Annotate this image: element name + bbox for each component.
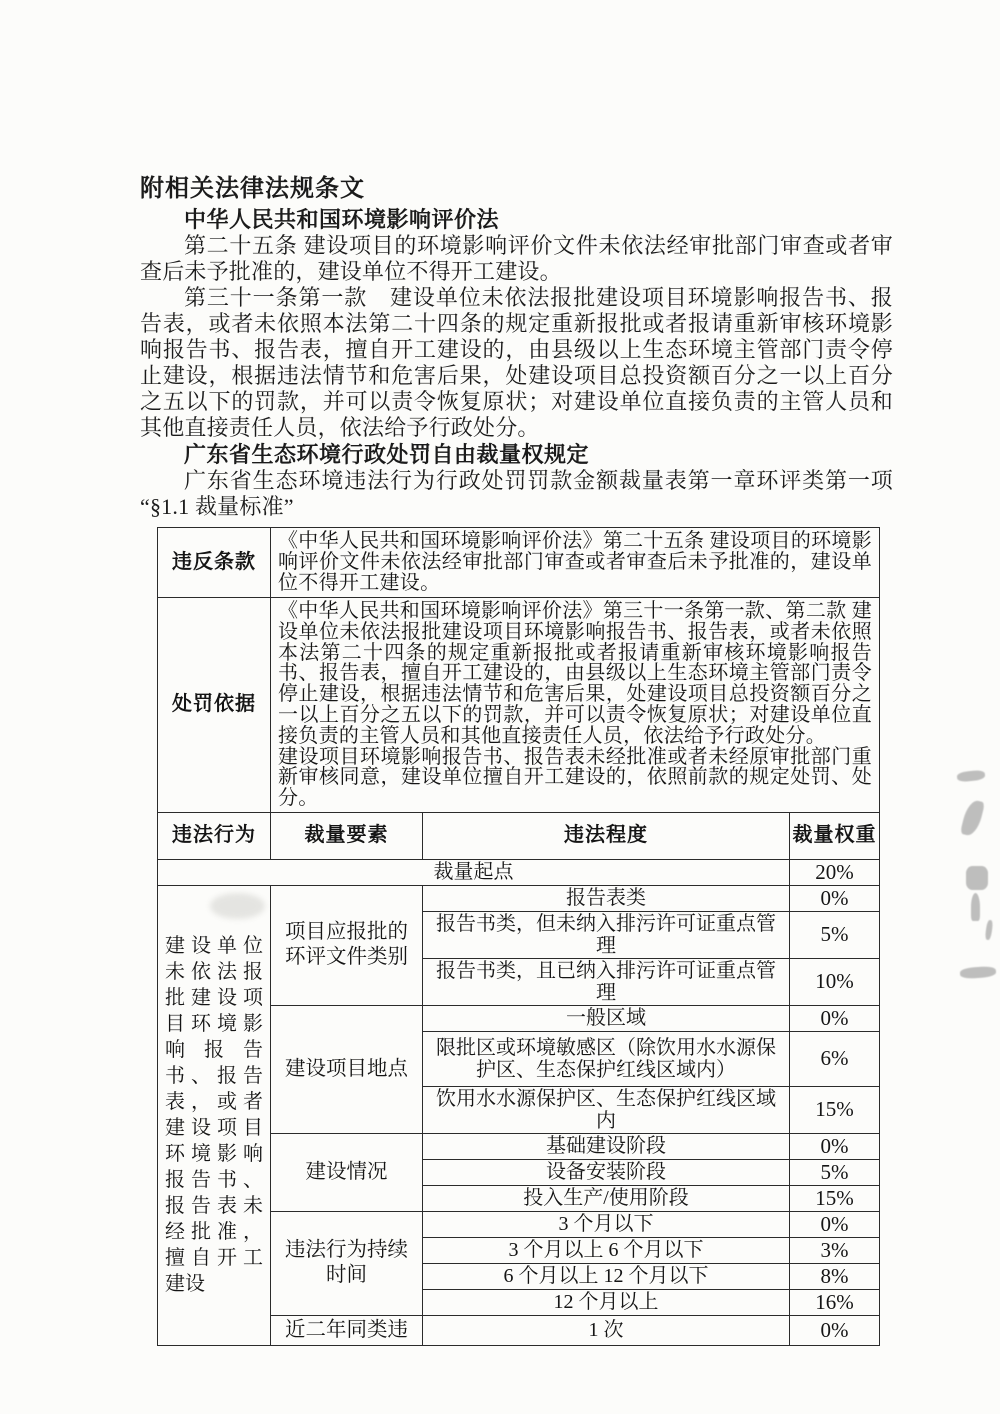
weight-header: 裁量权重 (790, 812, 880, 859)
discretion-standard-table: 违反条款 《中华人民共和国环境影响评价法》第二十五条 建设项目的环境影响评价文件… (157, 527, 880, 1346)
weight-cell: 0% (790, 1315, 880, 1345)
penalty-basis-text: 《中华人民共和国环境影响评价法》第三十一条第一款、第二款 建设单位未依法报批建设… (271, 598, 880, 813)
scan-artifact (971, 893, 980, 921)
start-point-degree: 裁量起点 (158, 859, 790, 885)
factor-duration: 违法行为持续时间 (271, 1211, 423, 1315)
degree-cell: 报告书类，且已纳入排污许可证重点管理 (423, 958, 790, 1005)
discretion-factor-header: 裁量要素 (271, 812, 423, 859)
scan-artifact (960, 798, 985, 837)
law-article-25: 第二十五条 建设项目的环境影响评价文件未依法经审批部门审查或者审查后未予批准的，… (140, 233, 893, 285)
scan-smudge (210, 893, 265, 919)
factor-construction-status: 建设情况 (271, 1133, 423, 1211)
illegal-act-text: 建设单位未依法报批建设项目环境影响报告书、报告表，或者建设项目环境影响报告书、报… (158, 885, 271, 1345)
degree-cell: 6 个月以上 12 个月以下 (423, 1263, 790, 1289)
degree-cell: 1 次 (423, 1315, 790, 1345)
weight-cell: 5% (790, 1159, 880, 1185)
document-body: 附相关法律法规条文 中华人民共和国环境影响评价法 第二十五条 建设项目的环境影响… (140, 168, 893, 1346)
factor-eia-document-type: 项目应报批的环评文件类别 (271, 885, 423, 1005)
regulation-intro: 广东省生态环境违法行为行政处罚罚款金额裁量表第一章环评类第一项“§1.1 裁量标… (140, 468, 893, 520)
weight-cell: 10% (790, 958, 880, 1005)
weight-cell: 15% (790, 1086, 880, 1133)
factor-repeat-offense: 近二年同类违 (271, 1315, 423, 1345)
law-article-31: 第三十一条第一款 建设单位未依法报批建设项目环境影响报告书、报告表，或者未依照本… (140, 285, 893, 441)
degree-cell: 一般区域 (423, 1005, 790, 1031)
weight-cell: 0% (790, 885, 880, 911)
weight-cell: 8% (790, 1263, 880, 1289)
violation-clause-text: 《中华人民共和国环境影响评价法》第二十五条 建设项目的环境影响评价文件未依法经审… (271, 528, 880, 598)
violation-clause-label: 违反条款 (158, 528, 271, 598)
degree-cell: 3 个月以上 6 个月以下 (423, 1237, 790, 1263)
degree-cell: 设备安装阶段 (423, 1159, 790, 1185)
scan-artifact (957, 770, 986, 783)
document-title: 附相关法律法规条文 (140, 168, 893, 203)
penalty-basis-label: 处罚依据 (158, 598, 271, 813)
degree-cell: 投入生产/使用阶段 (423, 1185, 790, 1211)
degree-cell: 限批区或环境敏感区（除饮用水水源保护区、生态保护红线区域内） (423, 1031, 790, 1086)
law-title: 中华人民共和国环境影响评价法 (140, 206, 893, 233)
factor-project-location: 建设项目地点 (271, 1005, 423, 1133)
weight-cell: 3% (790, 1237, 880, 1263)
weight-cell: 0% (790, 1133, 880, 1159)
weight-cell: 0% (790, 1211, 880, 1237)
degree-cell: 饮用水水源保护区、生态保护红线区域内 (423, 1086, 790, 1133)
table-row: 建设单位未依法报批建设项目环境影响报告书、报告表，或者建设项目环境影响报告书、报… (158, 885, 880, 911)
scan-artifact (985, 920, 994, 941)
scan-artifact (960, 966, 997, 979)
row-column-headers: 违法行为 裁量要素 违法程度 裁量权重 (158, 812, 880, 859)
weight-cell: 0% (790, 1005, 880, 1031)
scanned-document-page: 附相关法律法规条文 中华人民共和国环境影响评价法 第二十五条 建设项目的环境影响… (0, 0, 1000, 1414)
degree-cell: 报告表类 (423, 885, 790, 911)
degree-cell: 12 个月以上 (423, 1289, 790, 1315)
weight-cell: 15% (790, 1185, 880, 1211)
row-start-point: 裁量起点 20% (158, 859, 880, 885)
weight-cell: 5% (790, 911, 880, 958)
scan-artifact (966, 866, 988, 890)
row-penalty-basis: 处罚依据 《中华人民共和国环境影响评价法》第三十一条第一款、第二款 建设单位未依… (158, 598, 880, 813)
degree-cell: 报告书类，但未纳入排污许可证重点管理 (423, 911, 790, 958)
illegal-act-header: 违法行为 (158, 812, 271, 859)
regulation-title: 广东省生态环境行政处罚自由裁量权规定 (140, 441, 893, 468)
row-violation-clause: 违反条款 《中华人民共和国环境影响评价法》第二十五条 建设项目的环境影响评价文件… (158, 528, 880, 598)
degree-cell: 3 个月以下 (423, 1211, 790, 1237)
start-point-weight: 20% (790, 859, 880, 885)
weight-cell: 16% (790, 1289, 880, 1315)
degree-cell: 基础建设阶段 (423, 1133, 790, 1159)
weight-cell: 6% (790, 1031, 880, 1086)
illegal-degree-header: 违法程度 (423, 812, 790, 859)
